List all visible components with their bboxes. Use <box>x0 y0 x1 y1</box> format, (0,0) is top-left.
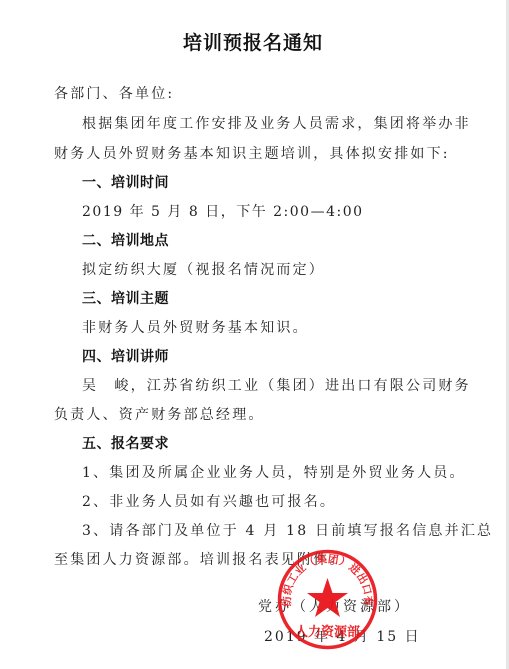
svg-text:人力资源部: 人力资源部 <box>295 624 360 640</box>
training-location: 拟定纺织大厦（视报名情况而定） <box>82 259 325 279</box>
intro-line-1: 根据集团年度工作安排及业务人员需求，集团将举办非 <box>82 113 471 133</box>
document-title: 培训预报名通知 <box>0 28 506 55</box>
seal-icon: 江苏省纺织工业（集团）进出口有限公司 人力资源部 <box>276 548 379 651</box>
section-heading-location: 二、培训地点 <box>82 230 169 250</box>
section-heading-requirements: 五、报名要求 <box>82 433 169 453</box>
requirement-1: 1、集团及所属企业业务人员，特别是外贸业务人员。 <box>82 462 466 482</box>
section-heading-time: 一、培训时间 <box>82 172 169 192</box>
intro-line-2: 财务人员外贸财务基本知识主题培训，具体拟安排如下: <box>54 143 450 163</box>
requirement-3-line-1: 3、请各部门及单位于 4 月 18 日前填写报名信息并汇总 <box>82 520 493 540</box>
lecturer-line-2: 负责人、资产财务部总经理。 <box>54 404 265 424</box>
document-page: 培训预报名通知 各部门、各单位: 根据集团年度工作安排及业务人员需求，集团将举办… <box>0 0 509 669</box>
lecturer-line-1: 吴 峻，江苏省纺织工业（集团）进出口有限公司财务 <box>82 375 471 395</box>
training-topic: 非财务人员外贸财务基本知识。 <box>82 317 309 337</box>
salutation: 各部门、各单位: <box>54 83 174 103</box>
section-heading-lecturer: 四、培训讲师 <box>82 346 169 366</box>
requirement-2: 2、非业务人员如有兴趣也可报名。 <box>82 491 336 511</box>
section-heading-topic: 三、培训主题 <box>82 288 169 308</box>
official-seal-stamp: 江苏省纺织工业（集团）进出口有限公司 人力资源部 <box>276 548 379 651</box>
training-time: 2019 年 5 月 8 日，下午 2:00—4:00 <box>82 201 364 221</box>
